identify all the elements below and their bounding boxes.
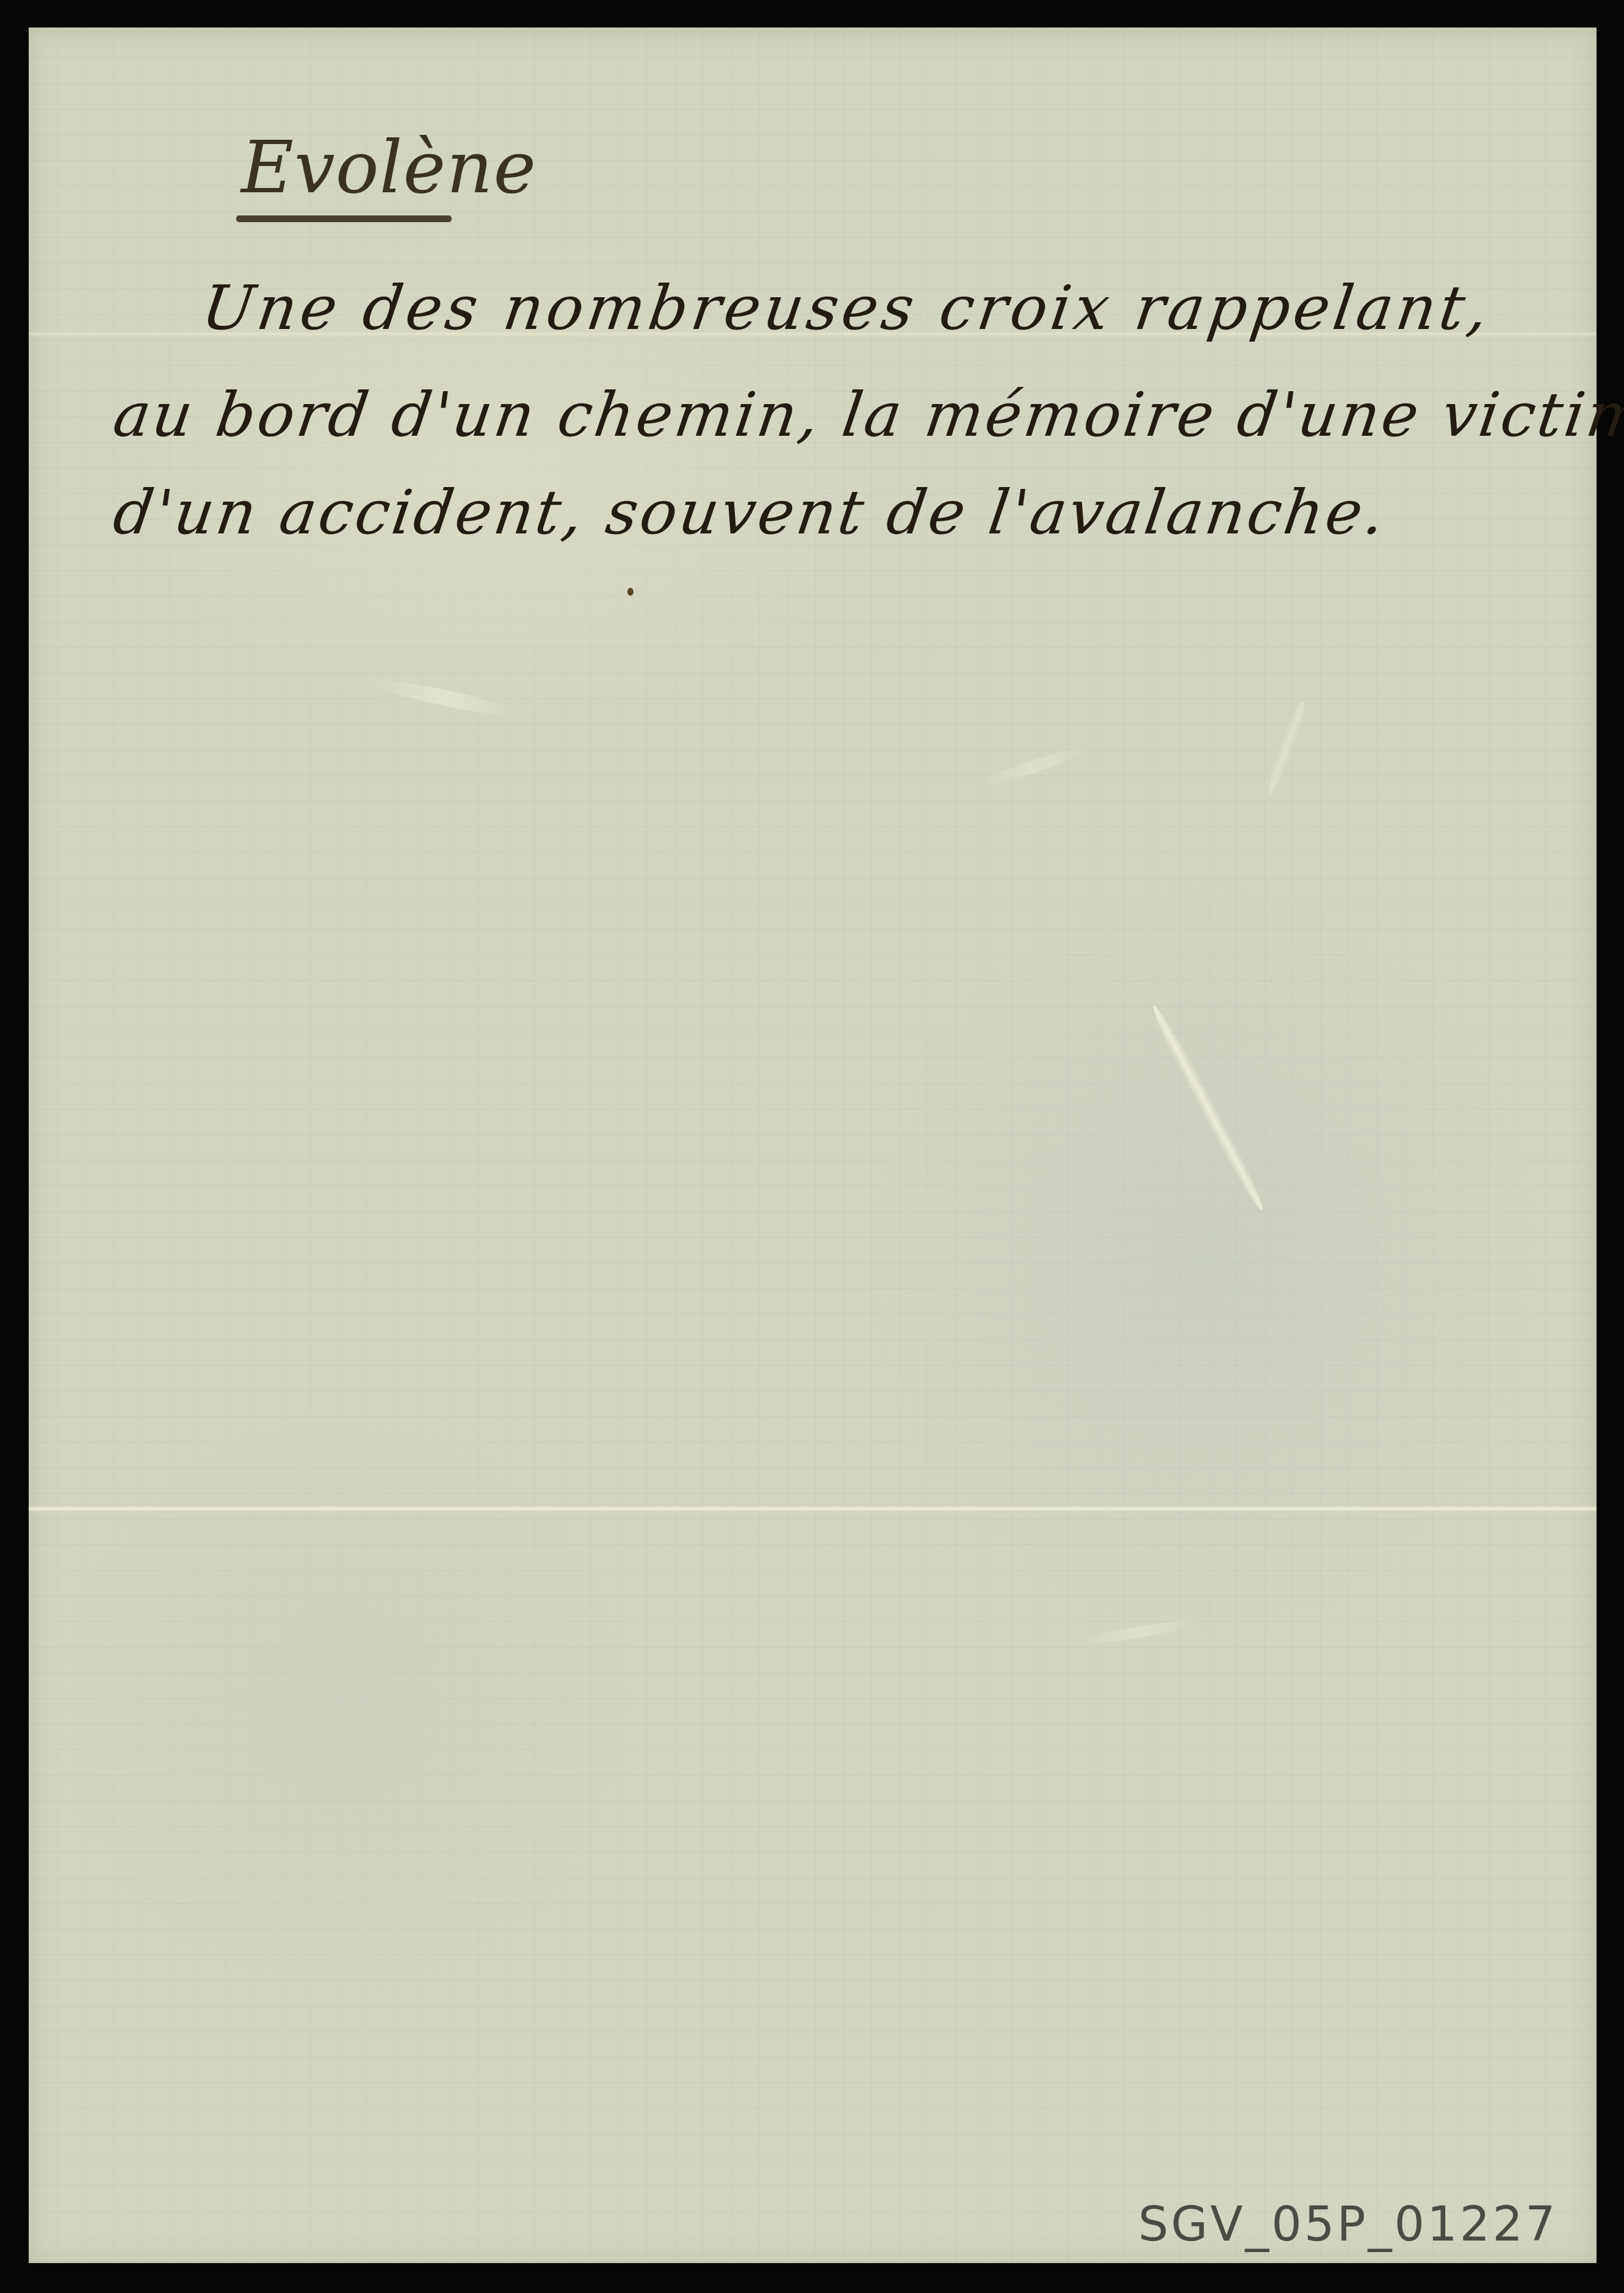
paper-sheet	[29, 27, 1597, 2263]
paper-wear-mark	[981, 743, 1089, 789]
body-line-2: au bord d'un chemin, la mémoire d'une vi…	[110, 385, 1624, 446]
fold-crease-main	[29, 1506, 1597, 1512]
paper-wear-mark	[1147, 1002, 1269, 1214]
paper-wear-mark	[370, 674, 517, 720]
body-line-1: Une des nombreuses croix rappelant,	[198, 278, 1495, 339]
document-title: Evolène	[241, 125, 536, 209]
ink-spot	[627, 588, 633, 596]
body-line-3: d'un accident, souvent de l'avalanche.	[110, 482, 1391, 543]
archive-id-label: SGV_05P_01227	[1138, 2197, 1558, 2252]
paper-wear-mark	[1263, 699, 1309, 796]
title-underline	[236, 215, 452, 222]
paper-wear-mark	[1078, 1616, 1200, 1648]
